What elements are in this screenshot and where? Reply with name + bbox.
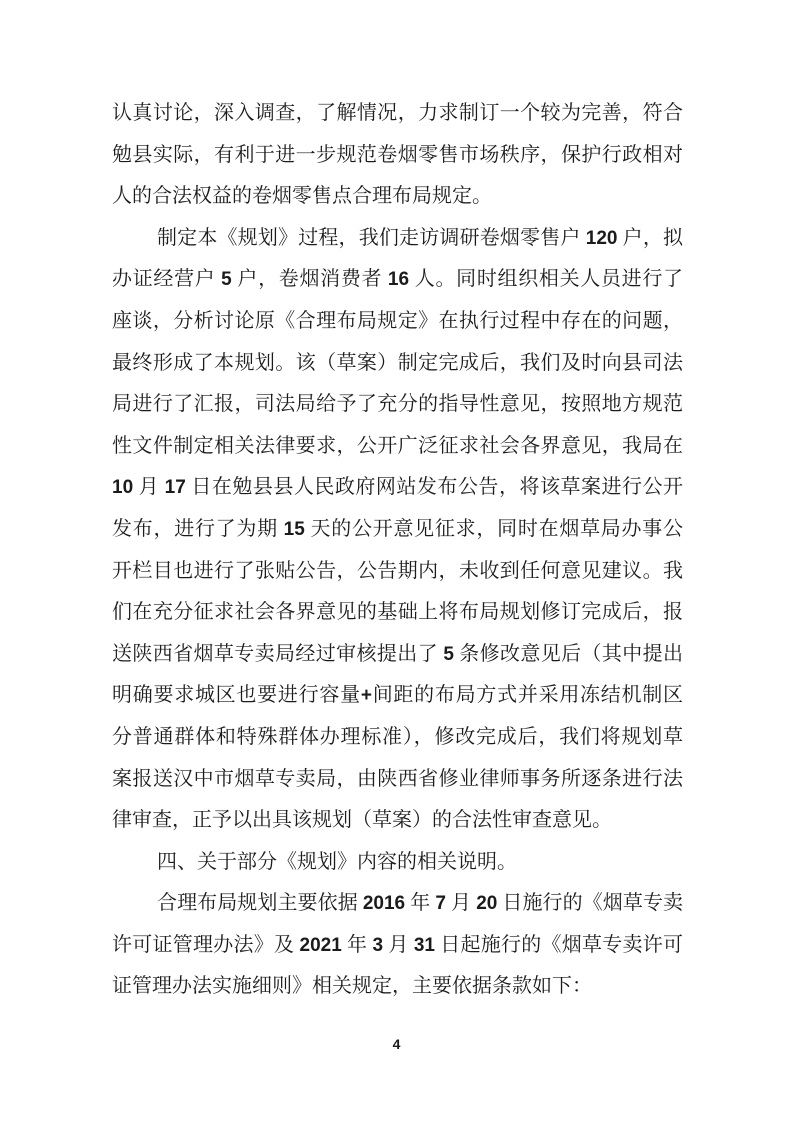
doc-section-heading: 四、关于部分《规划》内容的相关说明。 bbox=[112, 842, 683, 884]
doc-line: 10 月 17 日在勉县县人民政府网站发布公告，将该草案进行公开 bbox=[112, 467, 683, 509]
doc-line: 发布，进行了为期 15 天的公开意见征求，同时在烟草局办事公 bbox=[112, 509, 683, 551]
doc-line: 证管理办法实施细则》相关规定，主要依据条款如下： bbox=[112, 966, 683, 1008]
doc-line: 们在充分征求社会各界意见的基础上将布局规划修订完成后，报 bbox=[112, 592, 683, 634]
doc-line: 开栏目也进行了张贴公告，公告期内，未收到任何意见建议。我 bbox=[112, 551, 683, 593]
doc-line: 许可证管理办法》及 2021 年 3 月 31 日起施行的《烟草专卖许可 bbox=[112, 925, 683, 967]
doc-line: 勉县实际，有利于进一步规范卷烟零售市场秩序，保护行政相对 bbox=[112, 135, 683, 177]
doc-line: 最终形成了本规划。该（草案）制定完成后，我们及时向县司法 bbox=[112, 343, 683, 385]
doc-line: 认真讨论，深入调查，了解情况，力求制订一个较为完善，符合 bbox=[112, 93, 683, 135]
page-number: 4 bbox=[0, 1036, 793, 1052]
doc-line: 局进行了汇报，司法局给予了充分的指导性意见，按照地方规范 bbox=[112, 384, 683, 426]
doc-line: 分普通群体和特殊群体办理标准），修改完成后，我们将规划草 bbox=[112, 717, 683, 759]
doc-line: 合理布局规划主要依据 2016 年 7 月 20 日施行的《烟草专卖 bbox=[112, 883, 683, 925]
doc-line: 律审查，正予以出具该规划（草案）的合法性审查意见。 bbox=[112, 800, 683, 842]
doc-line: 案报送汉中市烟草专卖局，由陕西省修业律师事务所逐条进行法 bbox=[112, 759, 683, 801]
doc-line: 座谈，分析讨论原《合理布局规定》在执行过程中存在的问题， bbox=[112, 301, 683, 343]
document-page: 认真讨论，深入调查，了解情况，力求制订一个较为完善，符合 勉县实际，有利于进一步… bbox=[0, 0, 793, 1122]
doc-line: 办证经营户 5 户，卷烟消费者 16 人。同时组织相关人员进行了 bbox=[112, 259, 683, 301]
doc-line: 性文件制定相关法律要求，公开广泛征求社会各界意见，我局在 bbox=[112, 426, 683, 468]
doc-line: 人的合法权益的卷烟零售点合理布局规定。 bbox=[112, 176, 683, 218]
doc-line: 明确要求城区也要进行容量+间距的布局方式并采用冻结机制区 bbox=[112, 675, 683, 717]
page-body-text: 认真讨论，深入调查，了解情况，力求制订一个较为完善，符合 勉县实际，有利于进一步… bbox=[112, 93, 683, 1008]
doc-line: 制定本《规划》过程，我们走访调研卷烟零售户 120 户，拟 bbox=[112, 218, 683, 260]
doc-line: 送陕西省烟草专卖局经过审核提出了 5 条修改意见后（其中提出 bbox=[112, 634, 683, 676]
